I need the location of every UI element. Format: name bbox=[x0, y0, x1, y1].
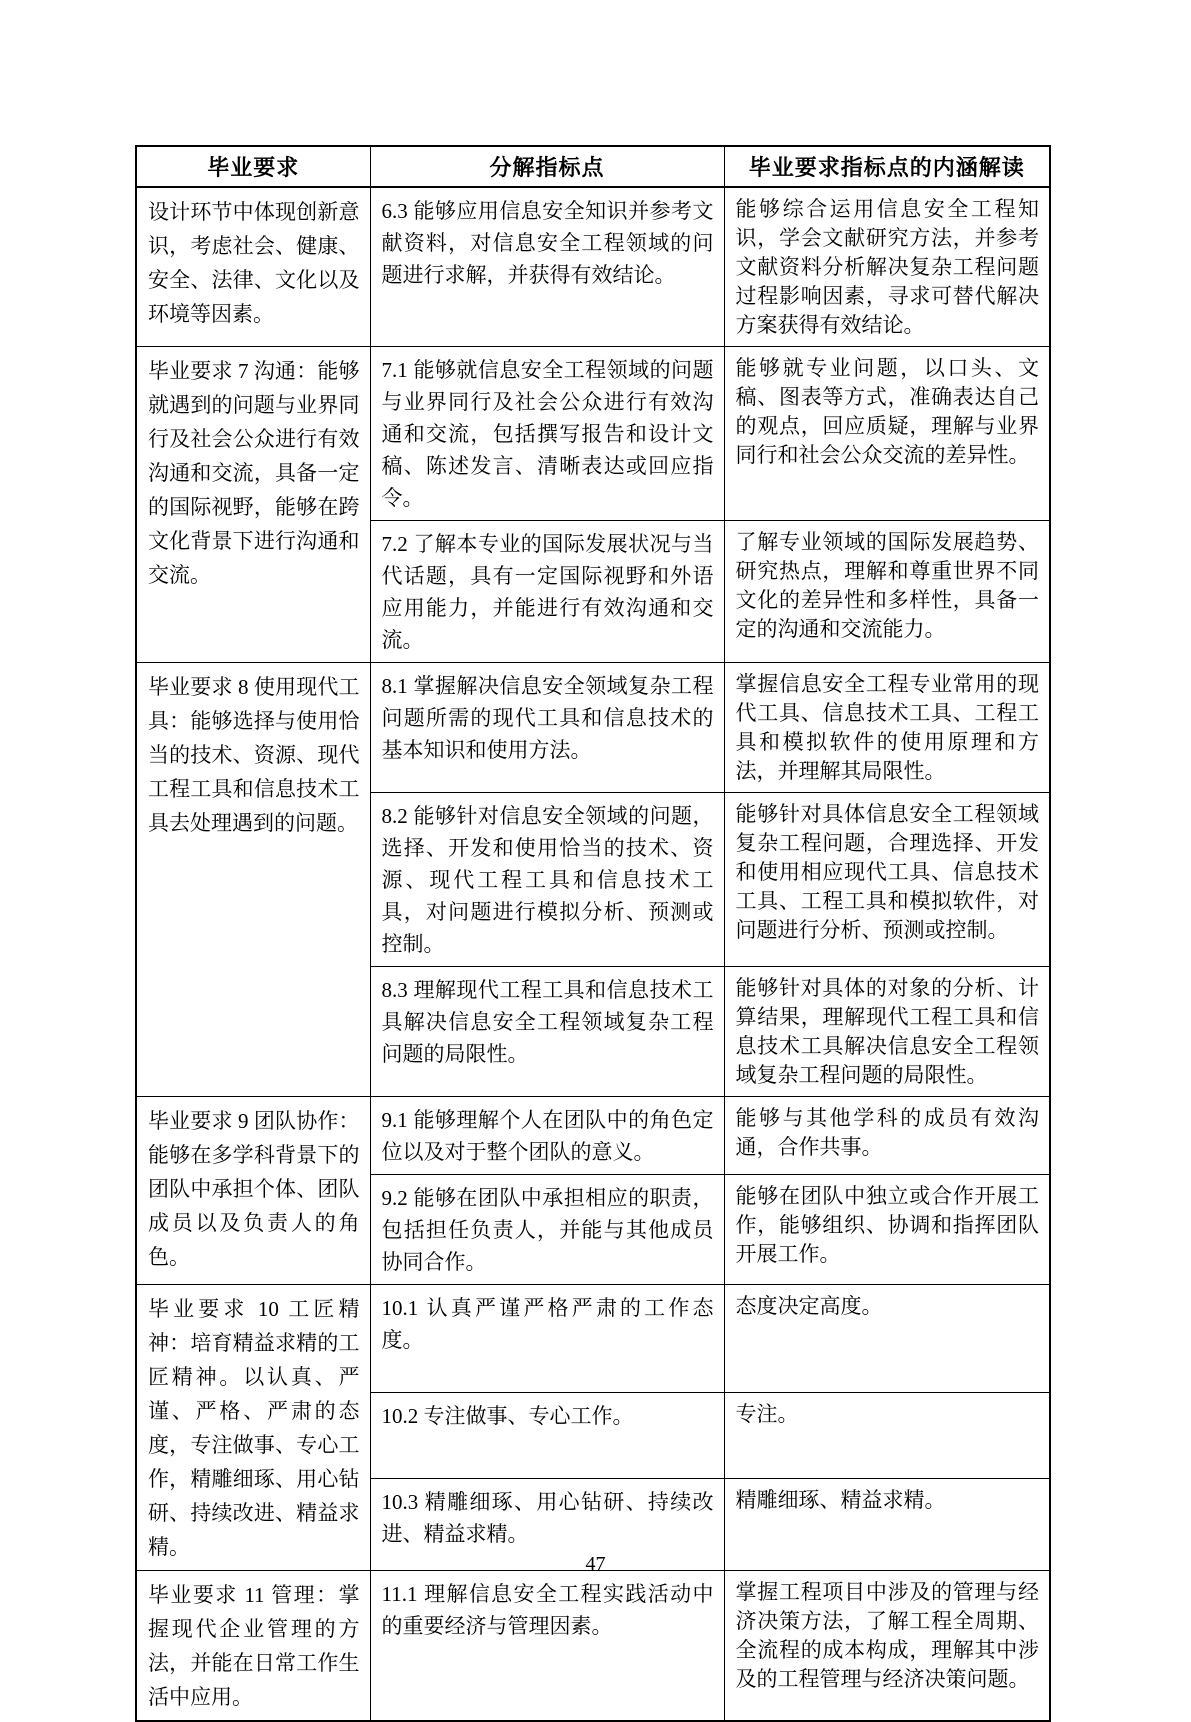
indicator-cell-9-1: 9.1 能够理解个人在团队中的角色定位以及对于整个团队的意义。 bbox=[370, 1097, 724, 1175]
graduation-requirements-table: 毕业要求 分解指标点 毕业要求指标点的内涵解读 设计环节中体现创新意识，考虑社会… bbox=[135, 145, 1051, 1722]
indicator-cell-8-3: 8.3 理解现代工程工具和信息技术工具解决信息安全工程领域复杂工程问题的局限性。 bbox=[370, 967, 724, 1097]
indicator-cell-10-2: 10.2 专注做事、专心工作。 bbox=[370, 1393, 724, 1479]
page-number: 47 bbox=[0, 1552, 1191, 1576]
interpretation-cell-10-1: 态度决定高度。 bbox=[724, 1285, 1050, 1393]
interpretation-cell-7-2: 了解专业领域的国际发展趋势、研究热点，理解和尊重世界不同文化的差异性和多样性，具… bbox=[724, 521, 1050, 663]
requirement-cell-7: 毕业要求 7 沟通：能够就遇到的问题与业界同行及社会公众进行有效沟通和交流，具备… bbox=[136, 347, 370, 663]
interpretation-cell-7-1: 能够就专业问题，以口头、文稿、图表等方式，准确表达自己的观点，回应质疑，理解与业… bbox=[724, 347, 1050, 521]
indicator-cell-8-2: 8.2 能够针对信息安全领域的问题，选择、开发和使用恰当的技术、资源、现代工程工… bbox=[370, 793, 724, 967]
indicator-cell-6-3: 6.3 能够应用信息安全知识并参考文献资料，对信息安全工程领域的问题进行求解，并… bbox=[370, 187, 724, 347]
interpretation-cell-6-3: 能够综合运用信息安全工程知识，学会文献研究方法，并参考文献资料分析解决复杂工程问… bbox=[724, 187, 1050, 347]
table-header-row: 毕业要求 分解指标点 毕业要求指标点的内涵解读 bbox=[136, 146, 1050, 187]
interpretation-cell-9-1: 能够与其他学科的成员有效沟通，合作共事。 bbox=[724, 1097, 1050, 1175]
requirement-cell-9: 毕业要求 9 团队协作：能够在多学科背景下的团队中承担个体、团队成员以及负责人的… bbox=[136, 1097, 370, 1285]
header-requirement: 毕业要求 bbox=[136, 146, 370, 187]
interpretation-cell-8-3: 能够针对具体的对象的分析、计算结果，理解现代工程工具和信息技术工具解决信息安全工… bbox=[724, 967, 1050, 1097]
requirement-cell-10: 毕业要求 10 工匠精神：培育精益求精的工匠精神。以认真、严谨、严格、严肃的态度… bbox=[136, 1285, 370, 1571]
interpretation-cell-10-2: 专注。 bbox=[724, 1393, 1050, 1479]
indicator-cell-10-1: 10.1 认真严谨严格严肃的工作态度。 bbox=[370, 1285, 724, 1393]
interpretation-cell-11-1: 掌握工程项目中涉及的管理与经济决策方法，了解工程全周期、全流程的成本构成，理解其… bbox=[724, 1571, 1050, 1722]
table-row: 毕业要求 10 工匠精神：培育精益求精的工匠精神。以认真、严谨、严格、严肃的态度… bbox=[136, 1285, 1050, 1393]
table-row: 毕业要求 9 团队协作：能够在多学科背景下的团队中承担个体、团队成员以及负责人的… bbox=[136, 1097, 1050, 1175]
header-indicator: 分解指标点 bbox=[370, 146, 724, 187]
indicator-cell-8-1: 8.1 掌握解决信息安全领域复杂工程问题所需的现代工具和信息技术的基本知识和使用… bbox=[370, 663, 724, 793]
table-row: 毕业要求 8 使用现代工具：能够选择与使用恰当的技术、资源、现代工程工具和信息技… bbox=[136, 663, 1050, 793]
requirement-cell-8: 毕业要求 8 使用现代工具：能够选择与使用恰当的技术、资源、现代工程工具和信息技… bbox=[136, 663, 370, 1097]
indicator-cell-7-2: 7.2 了解本专业的国际发展状况与当代话题，具有一定国际视野和外语应用能力，并能… bbox=[370, 521, 724, 663]
indicator-cell-11-1: 11.1 理解信息安全工程实践活动中的重要经济与管理因素。 bbox=[370, 1571, 724, 1722]
interpretation-cell-8-1: 掌握信息安全工程专业常用的现代工具、信息技术工具、工程工具和模拟软件的使用原理和… bbox=[724, 663, 1050, 793]
header-interpretation: 毕业要求指标点的内涵解读 bbox=[724, 146, 1050, 187]
interpretation-cell-8-2: 能够针对具体信息安全工程领域复杂工程问题，合理选择、开发和使用相应现代工具、信息… bbox=[724, 793, 1050, 967]
table-row: 毕业要求 11 管理：掌握现代企业管理的方法，并能在日常工作生活中应用。 11.… bbox=[136, 1571, 1050, 1722]
table-row: 设计环节中体现创新意识，考虑社会、健康、安全、法律、文化以及环境等因素。 6.3… bbox=[136, 187, 1050, 347]
requirement-cell-6: 设计环节中体现创新意识，考虑社会、健康、安全、法律、文化以及环境等因素。 bbox=[136, 187, 370, 347]
indicator-cell-9-2: 9.2 能够在团队中承担相应的职责，包括担任负责人，并能与其他成员协同合作。 bbox=[370, 1175, 724, 1285]
table-row: 毕业要求 7 沟通：能够就遇到的问题与业界同行及社会公众进行有效沟通和交流，具备… bbox=[136, 347, 1050, 521]
document-page: 毕业要求 分解指标点 毕业要求指标点的内涵解读 设计环节中体现创新意识，考虑社会… bbox=[0, 0, 1191, 1684]
indicator-cell-7-1: 7.1 能够就信息安全工程领域的问题与业界同行及社会公众进行有效沟通和交流，包括… bbox=[370, 347, 724, 521]
interpretation-cell-9-2: 能够在团队中独立或合作开展工作，能够组织、协调和指挥团队开展工作。 bbox=[724, 1175, 1050, 1285]
requirement-cell-11: 毕业要求 11 管理：掌握现代企业管理的方法，并能在日常工作生活中应用。 bbox=[136, 1571, 370, 1722]
